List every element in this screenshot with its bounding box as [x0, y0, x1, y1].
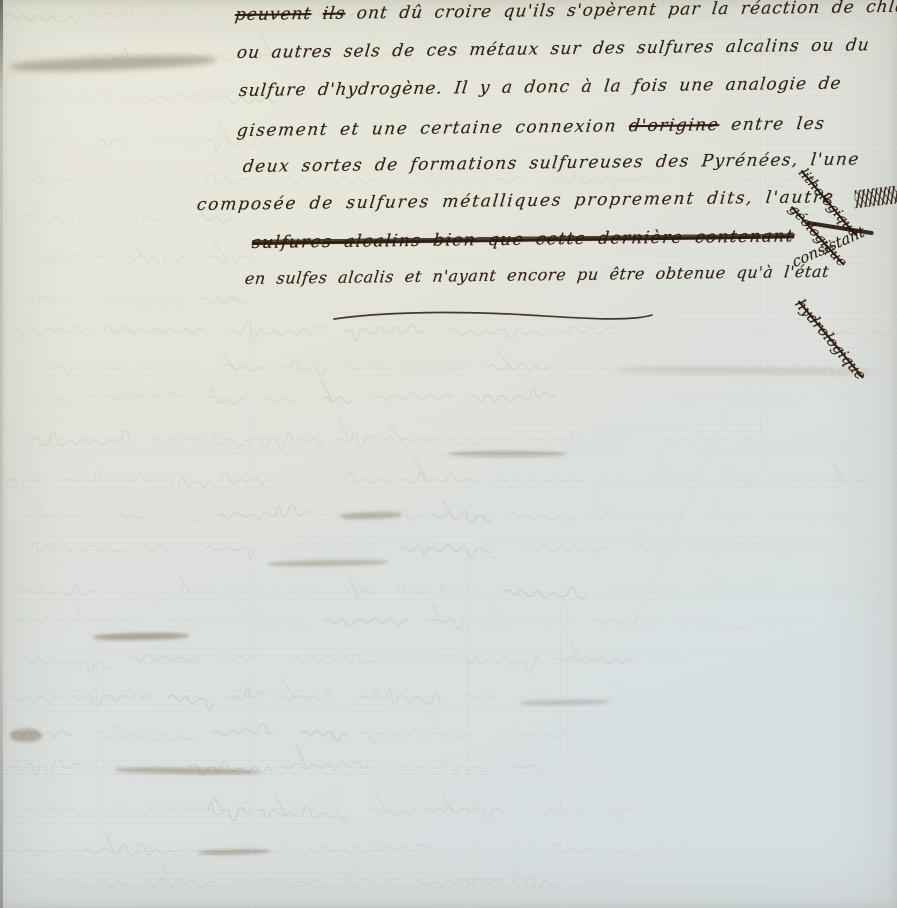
bleedthrough-stroke	[32, 94, 116, 102]
bleedthrough-stroke	[609, 795, 647, 820]
bleedthrough-stroke	[400, 545, 492, 557]
bleedthrough-stroke	[360, 690, 440, 704]
bleedthrough-stroke	[797, 435, 860, 449]
manuscript-text-segment: sulfures alcalins bien que cette dernièr…	[251, 226, 796, 253]
bleedthrough-stroke	[8, 695, 58, 702]
bleedthrough-stroke	[605, 680, 655, 700]
manuscript-line: en sulfes alcalis et n'ayant encore pu ê…	[244, 262, 830, 288]
bleedthrough-stroke	[648, 732, 705, 743]
bleedthrough-stroke	[40, 365, 126, 375]
bleedthrough-stroke	[27, 498, 86, 519]
bleedthrough-stroke	[823, 460, 874, 484]
bleedthrough-stroke	[477, 605, 574, 630]
section-divider-flourish	[328, 302, 658, 328]
bleedthrough-stroke	[89, 6, 170, 23]
manuscript-text-segment: gisement et une certaine connexion	[236, 116, 618, 141]
bleedthrough-stroke	[9, 848, 54, 856]
bleedthrough-stroke	[741, 438, 793, 454]
bleedthrough-stroke	[431, 717, 472, 738]
manuscript-page: peuvent ils ont dû croire qu'ils s'opère…	[0, 0, 897, 908]
bleedthrough-stroke	[89, 196, 169, 226]
bleedthrough-stroke	[495, 177, 524, 183]
manuscript-text-segment: deux sortes de formations sulfureuses de…	[242, 149, 861, 177]
bleedthrough-stroke	[326, 618, 408, 626]
bleedthrough-stroke	[608, 584, 674, 598]
bleedthrough-stroke	[152, 138, 194, 148]
bleedthrough-stroke	[11, 54, 87, 63]
bleedthrough-stroke	[197, 435, 251, 449]
bleedthrough-stroke	[384, 651, 452, 663]
bleedthrough-stroke	[172, 54, 242, 62]
bleedthrough-stroke	[20, 657, 111, 673]
bleedthrough-stroke	[385, 178, 416, 190]
bleedthrough-stroke	[655, 432, 725, 450]
bleedthrough-stroke	[124, 94, 217, 101]
bleedthrough-stroke	[348, 573, 376, 598]
bleedthrough-stroke	[191, 850, 242, 858]
bleedthrough-stroke	[291, 652, 377, 664]
bleedthrough-stroke	[637, 530, 678, 550]
bleedthrough-stroke	[276, 361, 326, 375]
bleedthrough-stroke	[321, 509, 420, 520]
bleedthrough-stroke	[138, 360, 196, 372]
scribbled-out-word	[855, 185, 897, 208]
bleedthrough-stroke	[768, 476, 817, 483]
bleedthrough-stroke	[166, 502, 203, 522]
bleedthrough-stroke	[44, 253, 116, 265]
bleedthrough-stroke	[386, 424, 435, 443]
bleedthrough-stroke	[37, 139, 71, 146]
bleedthrough-stroke	[262, 397, 296, 402]
bleedthrough-stroke	[653, 652, 688, 662]
bleedthrough-stroke	[335, 419, 374, 447]
bleedthrough-stroke	[26, 808, 107, 815]
bleedthrough-stroke	[325, 176, 377, 183]
bleedthrough-stroke	[553, 643, 635, 663]
bleedthrough-stroke	[98, 880, 128, 887]
manuscript-text-segment: entre les	[730, 114, 827, 135]
paper-crease	[250, 320, 252, 908]
ink-smudge	[198, 849, 270, 854]
bleedthrough-stroke	[457, 845, 543, 856]
ink-smudge	[10, 729, 42, 742]
manuscript-line: deux sortes de formations sulfureuses de…	[242, 149, 861, 177]
bleedthrough-stroke	[73, 693, 153, 707]
bleedthrough-stroke	[15, 601, 52, 625]
bleedthrough-stroke	[102, 293, 182, 305]
bleedthrough-stroke	[237, 879, 326, 885]
bleedthrough-stroke	[27, 165, 73, 187]
bleedthrough-stroke	[773, 510, 854, 523]
bleedthrough-stroke	[88, 392, 184, 401]
bleedthrough-stroke	[118, 804, 204, 817]
bleedthrough-stroke	[693, 364, 783, 372]
bleedthrough-stroke	[225, 601, 309, 631]
bleedthrough-stroke	[12, 327, 92, 337]
bleedthrough-stroke	[20, 586, 95, 596]
bleedthrough-stroke	[84, 833, 180, 856]
bleedthrough-stroke	[300, 731, 347, 742]
bleedthrough-stroke	[416, 878, 501, 886]
bleedthrough-stroke	[551, 843, 594, 853]
bleedthrough-stroke	[733, 312, 797, 336]
bleedthrough-stroke	[125, 246, 188, 266]
bleedthrough-stroke	[637, 513, 684, 521]
bleedthrough-stroke	[189, 761, 271, 775]
bleedthrough-stroke	[730, 383, 807, 409]
bleedthrough-stroke	[98, 727, 194, 742]
manuscript-text-segment: sulfure d'hydrogène. Il y a donc à la fo…	[238, 74, 843, 101]
bleedthrough-stroke	[693, 543, 765, 555]
bleedthrough-stroke	[140, 543, 177, 551]
bleedthrough-stroke	[465, 693, 497, 699]
bleedthrough-stroke	[207, 173, 246, 185]
bleedthrough-stroke	[25, 396, 73, 405]
bleedthrough-stroke	[594, 618, 657, 628]
ink-smudge	[340, 511, 402, 520]
bleedthrough-stroke	[362, 730, 426, 743]
bleedthrough-stroke	[24, 873, 88, 888]
bleedthrough-stroke	[398, 583, 483, 596]
ink-smudge	[93, 632, 189, 641]
bleedthrough-stroke	[504, 587, 587, 598]
bleedthrough-stroke	[590, 438, 632, 444]
bleedthrough-stroke	[701, 574, 770, 594]
bleedthrough-stroke	[425, 796, 506, 819]
bleedthrough-stroke	[118, 585, 171, 602]
bleedthrough-stroke	[497, 473, 584, 487]
bleedthrough-stroke	[278, 744, 368, 769]
bleedthrough-stroke	[757, 613, 812, 630]
ink-smudge	[616, 368, 878, 374]
bleedthrough-stroke	[429, 175, 484, 185]
bleedthrough-stroke	[207, 387, 244, 405]
bleedthrough-stroke	[588, 382, 658, 406]
ink-smudge	[10, 53, 215, 73]
bleedthrough-stroke	[259, 177, 308, 185]
bleedthrough-stroke	[608, 843, 697, 855]
bleedthrough-stroke	[399, 365, 465, 375]
paper-crease	[468, 552, 470, 908]
bleedthrough-stroke	[28, 296, 70, 307]
bleedthrough-stroke	[461, 652, 540, 672]
manuscript-text-segment: peuvent	[234, 4, 313, 25]
bleedthrough-stroke	[89, 49, 162, 61]
bleedthrough-stroke	[103, 762, 180, 777]
paper-crease	[97, 588, 99, 908]
bleedthrough-stroke	[581, 732, 634, 738]
paper-crease	[0, 851, 430, 853]
ink-smudge	[448, 451, 566, 457]
bleedthrough-stroke	[32, 540, 127, 552]
bleedthrough-stroke	[150, 437, 191, 444]
bleedthrough-stroke	[450, 329, 545, 338]
bleedthrough-stroke	[199, 298, 247, 303]
bleedthrough-stroke	[231, 688, 265, 700]
bleedthrough-stroke	[705, 499, 749, 521]
bleedthrough-stroke	[102, 166, 183, 188]
bleedthrough-stroke	[621, 327, 706, 340]
bleedthrough-stroke	[23, 211, 80, 227]
bleedthrough-stroke	[169, 618, 217, 625]
bleedthrough-stroke	[535, 432, 579, 444]
bleedthrough-stroke	[62, 470, 158, 482]
bleedthrough-stroke	[57, 599, 139, 625]
bleedthrough-stroke	[629, 176, 665, 183]
bleedthrough-stroke	[375, 393, 451, 400]
bleedthrough-stroke	[220, 474, 265, 485]
bleedthrough-stroke	[372, 793, 417, 814]
paper-crease	[633, 352, 757, 627]
bleedthrough-stroke	[253, 433, 323, 450]
bleedthrough-stroke	[821, 382, 853, 403]
bleedthrough-stroke	[429, 603, 463, 629]
bleedthrough-stroke	[511, 866, 557, 891]
bleedthrough-stroke	[177, 572, 211, 594]
bleedthrough-stroke	[344, 472, 394, 484]
bleedthrough-stroke	[167, 478, 212, 491]
ink-smudge	[520, 699, 610, 706]
bleedthrough-stroke	[222, 651, 257, 661]
manuscript-line: peuvent ils ont dû croire qu'ils s'opère…	[234, 0, 897, 25]
manuscript-text-segment: ou autres sels de ces métaux sur des sul…	[236, 35, 871, 63]
bleedthrough-stroke	[677, 383, 726, 401]
bleedthrough-stroke	[600, 474, 632, 483]
bleedthrough-stroke	[591, 492, 627, 519]
bleedthrough-stroke	[431, 499, 493, 522]
paper-crease	[0, 774, 612, 776]
bleedthrough-stroke	[533, 794, 594, 816]
bleedthrough-stroke	[797, 589, 889, 604]
bleedthrough-stroke	[118, 514, 144, 519]
bleedthrough-stroke	[321, 380, 352, 403]
bleedthrough-stroke	[169, 695, 214, 710]
bleedthrough-stroke	[228, 587, 316, 597]
ink-smudge	[115, 767, 260, 776]
bleedthrough-stroke	[279, 676, 331, 701]
margin-note: hydrologique	[791, 296, 870, 383]
bleedthrough-stroke	[539, 173, 626, 190]
bleedthrough-stroke	[279, 530, 376, 551]
manuscript-line: gisement et une certaine connexion d'ori…	[236, 114, 827, 141]
manuscript-text-segment: ils	[322, 4, 347, 24]
bleedthrough-stroke	[146, 862, 214, 887]
bleedthrough-stroke	[471, 387, 557, 402]
bleedthrough-stroke	[509, 513, 575, 525]
manuscript-text-segment: ont dû croire qu'ils s'opèrent par la ré…	[356, 0, 897, 24]
bleedthrough-stroke	[568, 762, 660, 769]
bleedthrough-stroke	[720, 466, 767, 488]
bleedthrough-stroke	[10, 728, 71, 737]
bleedthrough-stroke	[488, 351, 556, 371]
bleedthrough-stroke	[7, 14, 79, 23]
bleedthrough-stroke	[521, 545, 608, 552]
bleedthrough-stroke	[559, 362, 649, 373]
bleedthrough-stroke	[130, 655, 199, 662]
ink-smudge	[268, 559, 388, 567]
bleedthrough-stroke	[230, 322, 324, 341]
flourish-stroke	[334, 312, 652, 319]
bleedthrough-stroke	[690, 178, 729, 188]
bleedthrough-stroke	[513, 764, 542, 769]
bleedthrough-stroke	[12, 759, 82, 776]
paper-crease	[560, 600, 562, 908]
bleedthrough-stroke	[206, 546, 253, 558]
manuscript-line: ou autres sels de ces métaux sur des sul…	[236, 35, 871, 63]
bleedthrough-stroke	[653, 462, 699, 484]
bleedthrough-stroke	[585, 873, 619, 884]
bleedthrough-stroke	[219, 505, 312, 519]
bleedthrough-stroke	[502, 727, 568, 738]
manuscript-text-segment: composée de sulfures métalliques proprem…	[196, 187, 836, 215]
bleedthrough-stroke	[278, 464, 322, 484]
manuscript-line: sulfures alcalins bien que cette dernièr…	[251, 226, 796, 253]
manuscript-line: sulfure d'hydrogène. Il y a donc à la fo…	[238, 74, 843, 101]
page-left-edge	[0, 0, 3, 908]
bleedthrough-stroke	[401, 456, 478, 483]
bleedthrough-stroke	[343, 863, 399, 885]
bleedthrough-stroke	[105, 325, 205, 335]
bleedthrough-stroke	[340, 841, 433, 854]
bleedthrough-stroke	[223, 353, 264, 372]
bleedthrough-stroke	[7, 476, 45, 488]
manuscript-text-segment: d'origine	[628, 115, 721, 136]
manuscript-text-segment: en sulfes alcalis et n'ayant encore pu ê…	[244, 262, 830, 288]
bleedthrough-stroke	[208, 796, 252, 821]
paper-crease	[0, 454, 897, 456]
bleedthrough-stroke	[656, 359, 690, 370]
bleedthrough-stroke	[343, 362, 395, 370]
bleedthrough-stroke	[258, 795, 348, 820]
bleedthrough-stroke	[675, 620, 749, 629]
bleedthrough-stroke	[98, 139, 125, 149]
bleedthrough-stroke	[263, 834, 336, 854]
bleedthrough-stroke	[771, 540, 839, 556]
bleedthrough-stroke	[449, 435, 532, 446]
bleedthrough-stroke	[517, 691, 584, 702]
bleedthrough-stroke	[213, 723, 273, 735]
bleedthrough-stroke	[401, 764, 486, 775]
bleedthrough-stroke	[33, 431, 131, 445]
